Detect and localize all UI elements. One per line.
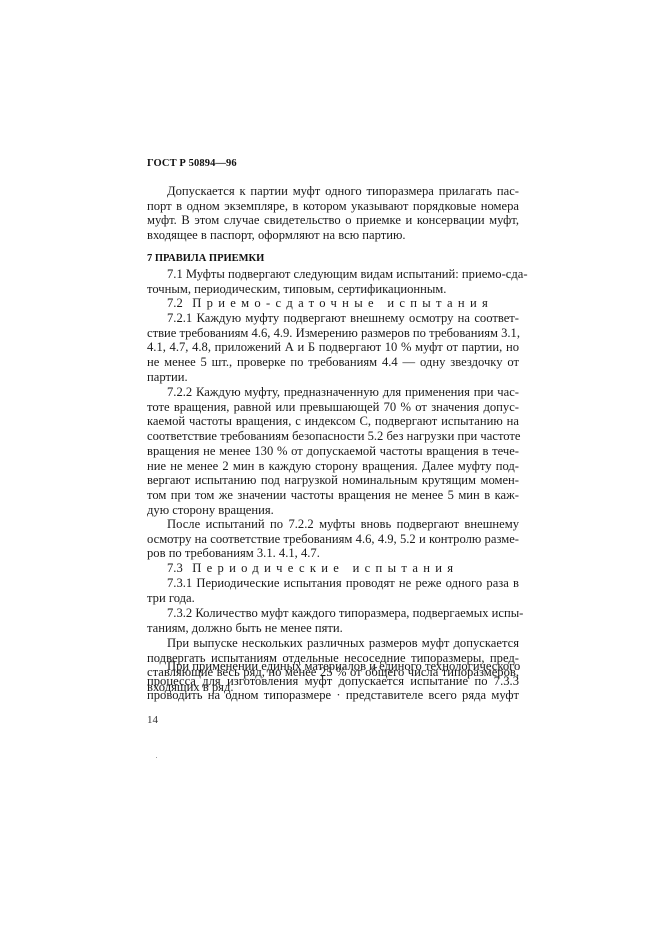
text-line: вращения не менее 130 % от допускаемой ч…: [147, 444, 519, 459]
scan-artifact-dot: [156, 757, 157, 758]
subsection-number: 7.3: [167, 561, 183, 575]
text-line: три года.: [147, 591, 519, 606]
paragraph-after-tests: После испытаний по 7.2.2 муфты вновь под…: [147, 517, 519, 561]
text-line: не менее 5 шт., проверке по требованиям …: [147, 355, 519, 370]
text-line: дую сторону вращения.: [147, 503, 519, 518]
text-line: том при том же значении частоты вращения…: [147, 488, 519, 503]
text-line: 7.2.1 Каждую муфту подвергают внешнему о…: [147, 311, 519, 326]
subsection-title: Периодические испытания: [192, 561, 458, 575]
page-number: 14: [147, 714, 158, 726]
text-line: таниям, должно быть не менее пяти.: [147, 621, 519, 636]
text-line: порт в одном экземпляре, в котором указы…: [147, 199, 519, 214]
section-title: 7 ПРАВИЛА ПРИЕМКИ: [147, 252, 264, 267]
text-line: При применении единых материалов и едино…: [147, 659, 519, 674]
text-line: После испытаний по 7.2.2 муфты вновь под…: [147, 517, 519, 532]
subsection-heading-7-2: 7.2 Приемо-сдаточные испытания: [147, 296, 519, 311]
paragraph-7-2-2: 7.2.2 Каждую муфту, предназначенную для …: [147, 385, 519, 517]
text-line: партии.: [147, 370, 519, 385]
text-line: точным, периодическим, типовым, сертифик…: [147, 282, 519, 297]
text-line: каемой частоты вращения, с индексом С, п…: [147, 414, 519, 429]
text-line: 7.2.2 Каждую муфту, предназначенную для …: [147, 385, 519, 400]
text-line: вергают испытанию под нагрузкой номиналь…: [147, 473, 519, 488]
document-header: ГОСТ Р 50894—96: [147, 158, 237, 169]
text-line: 7.1 Муфты подвергают следующим видам исп…: [147, 267, 519, 282]
text-line: ствие требованиям 4.6, 4.9. Измерению ра…: [147, 326, 519, 341]
text-line: проводить на одном типоразмере · предста…: [147, 688, 519, 703]
paragraph-uniform-materials: При применении единых материалов и едино…: [147, 659, 519, 703]
text-line: Допускается к партии муфт одного типораз…: [147, 184, 519, 199]
subsection-title: Приемо-сдаточные испытания: [192, 296, 493, 310]
subsection-number: 7.2: [167, 296, 183, 310]
text-line: ние не менее 2 мин в каждую сторону вращ…: [147, 459, 519, 474]
paragraph-7-1: 7.1 Муфты подвергают следующим видам исп…: [147, 267, 519, 296]
text-line: входящее в паспорт, оформляют на всю пар…: [147, 228, 519, 243]
paragraph-7-3-1: 7.3.1 Периодические испытания проводят н…: [147, 576, 519, 605]
text-line: процесса для изготовления муфт допускает…: [147, 674, 519, 689]
text-line: тоте вращения, равной или превышающей 70…: [147, 400, 519, 415]
intro-paragraph: Допускается к партии муфт одного типораз…: [147, 184, 519, 243]
text-line: 4.1, 4.7, 4.8, приложений А и Б подверга…: [147, 340, 519, 355]
subsection-heading-7-3: 7.3 Периодические испытания: [147, 561, 519, 576]
text-line: осмотру на соответствие требованиям 4.6,…: [147, 532, 519, 547]
text-line: 7.3.2 Количество муфт каждого типоразмер…: [147, 606, 519, 621]
text-line: ров по требованиям 3.1. 4.1, 4.7.: [147, 546, 519, 561]
paragraph-7-3-2: 7.3.2 Количество муфт каждого типоразмер…: [147, 606, 519, 635]
paragraph-7-2-1: 7.2.1 Каждую муфту подвергают внешнему о…: [147, 311, 519, 385]
text-line: муфт. В этом случае свидетельство о прие…: [147, 213, 519, 228]
text-line: 7.3.1 Периодические испытания проводят н…: [147, 576, 519, 591]
text-line: соответствие требованиям безопасности 5.…: [147, 429, 519, 444]
text-line: При выпуске нескольких различных размеро…: [147, 636, 519, 651]
